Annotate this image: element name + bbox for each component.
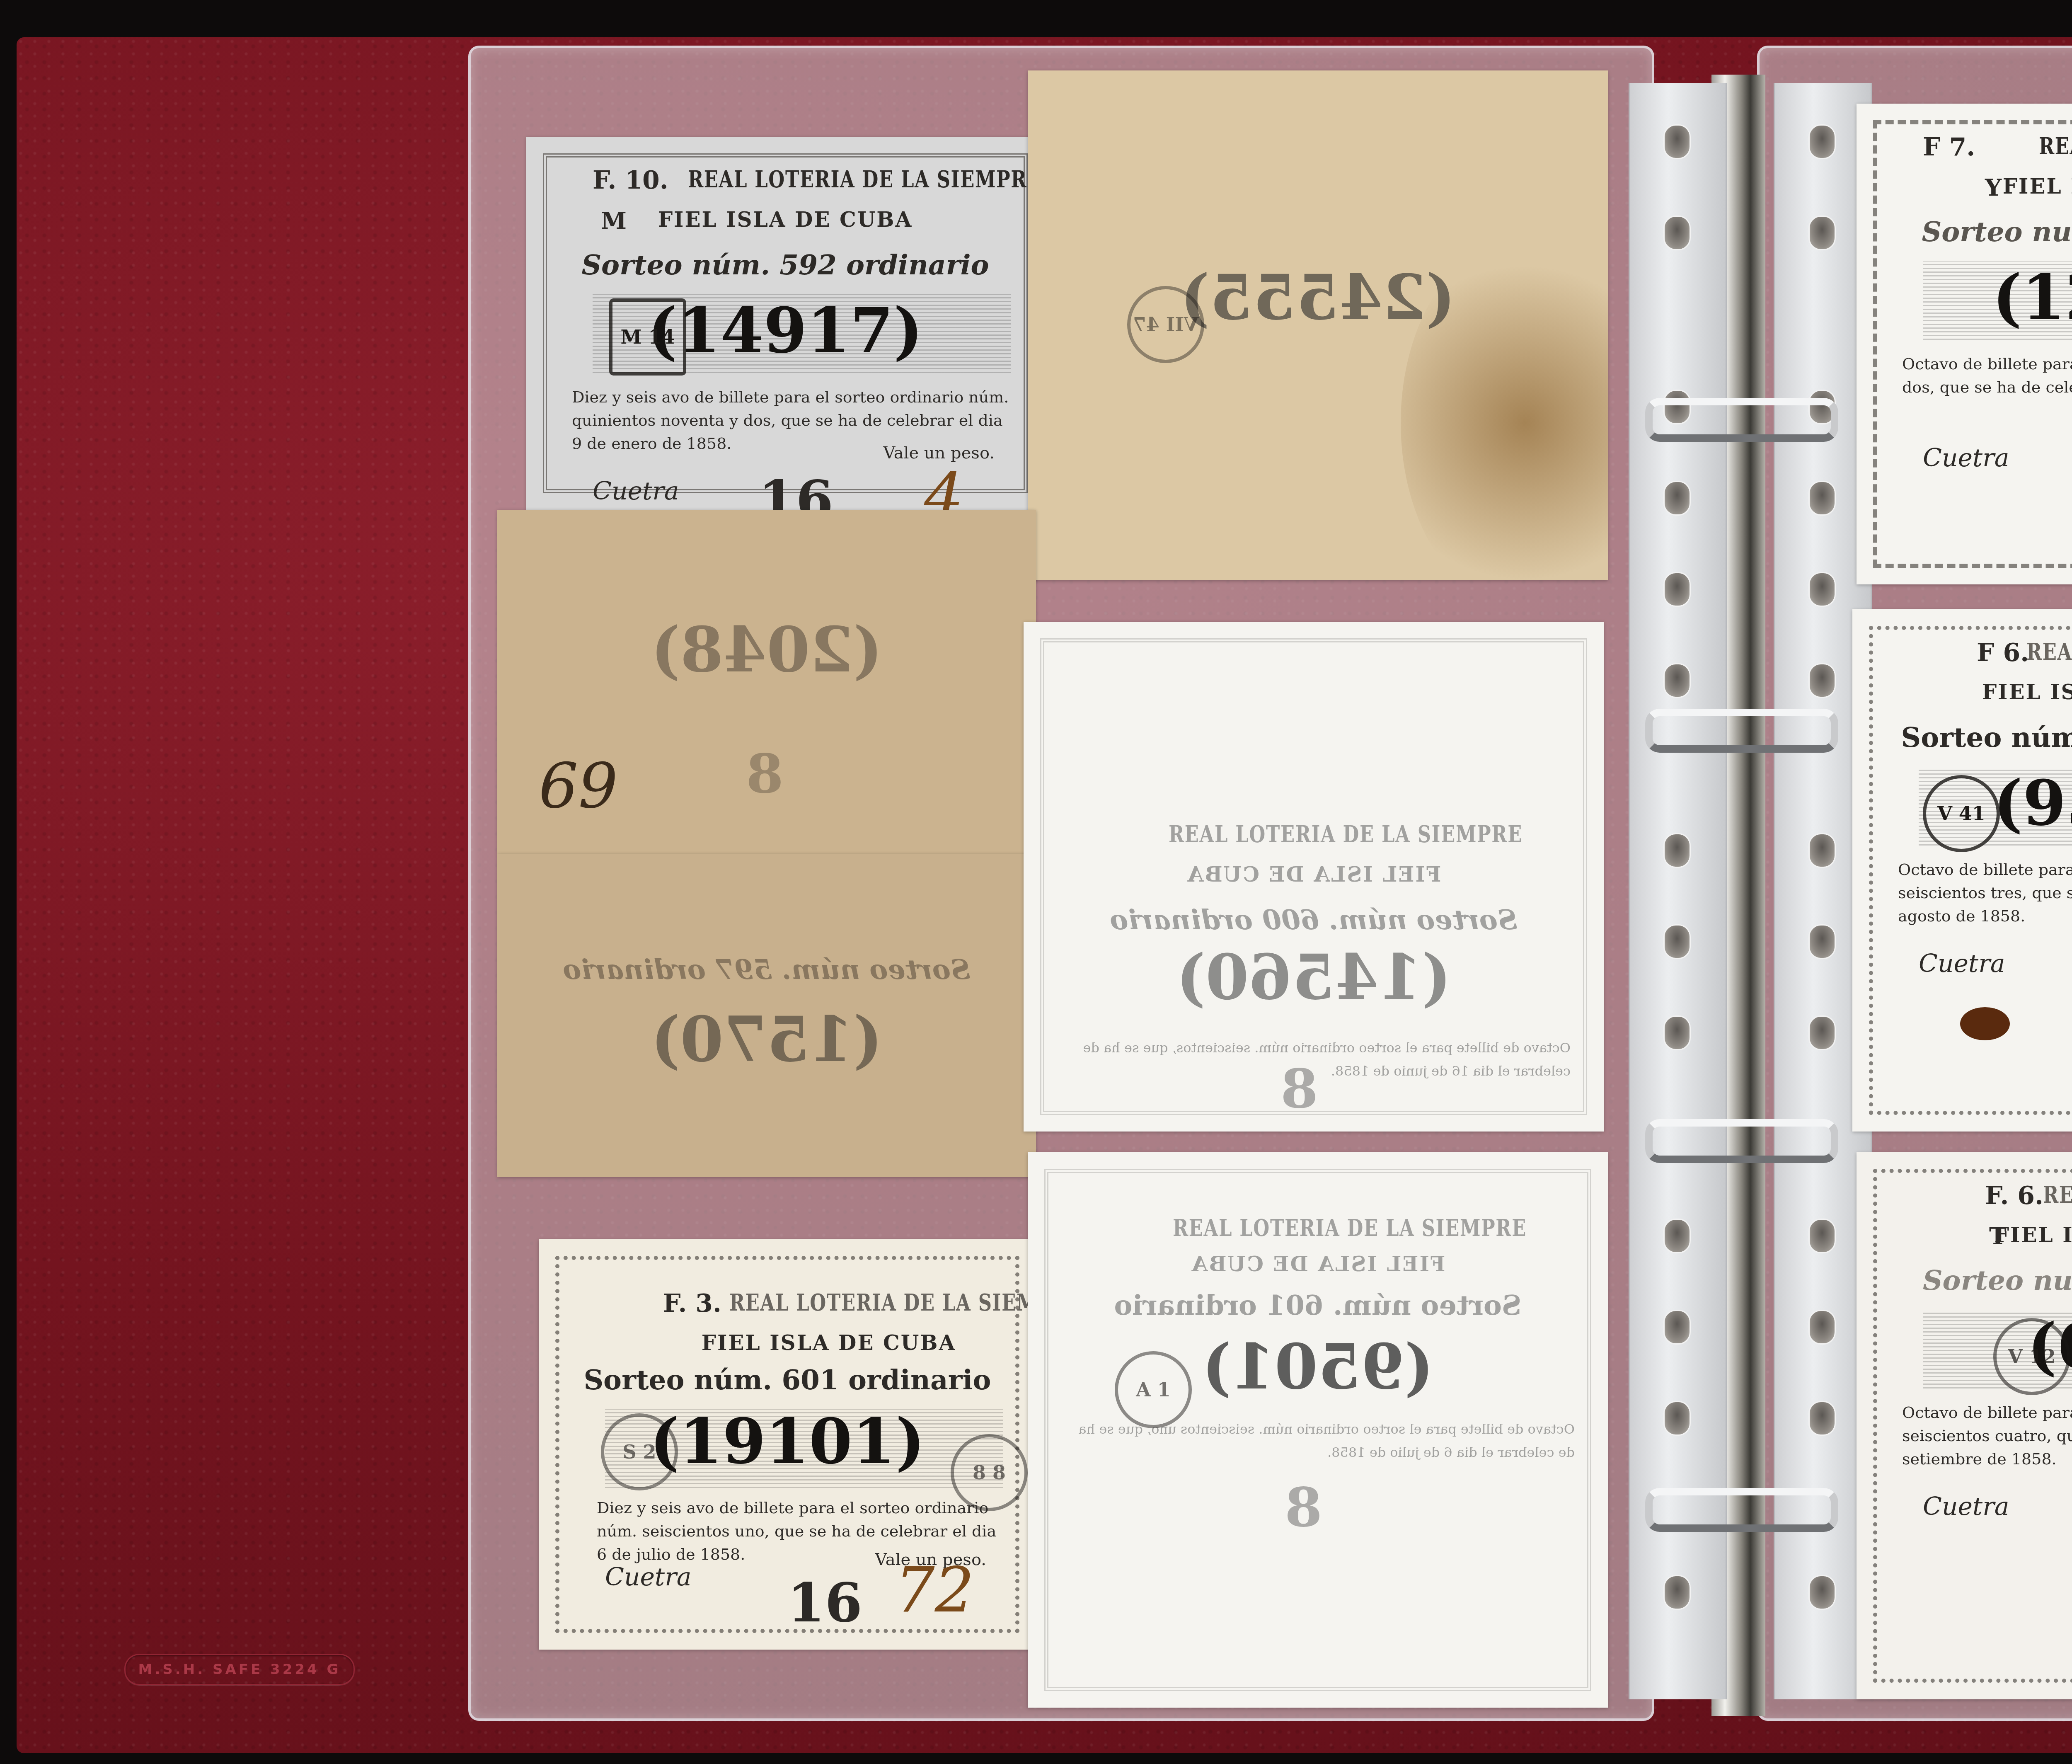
ticket-header: REAL LOTERIA DE LA SIEMPRE bbox=[2026, 638, 2072, 666]
fraction-number: 8 bbox=[746, 742, 783, 805]
handwritten-mark: 69 bbox=[539, 750, 618, 822]
ink-stain bbox=[1960, 1007, 2010, 1040]
ticket-subheader: FIEL ISLA DE CUBA bbox=[1857, 174, 2072, 199]
stamp-left: V 41 bbox=[1923, 775, 2000, 852]
fraction-number: 8 bbox=[1280, 1057, 1318, 1120]
punch-hole bbox=[1663, 572, 1691, 607]
ticket-sorteo: Sorteo num. 602 ordinario. bbox=[1857, 216, 2072, 248]
signature: Cuetra bbox=[1923, 443, 2009, 472]
ticket-series: F. 6. bbox=[1985, 1181, 2043, 1210]
lottery-ticket-19101: F. 3. REAL LOTERIA DE LA SIEMPRE FIEL IS… bbox=[539, 1239, 1036, 1650]
ticket-sorteo: Sorteo núm. 603 ordinario. bbox=[1852, 721, 2072, 754]
signature: Cuetra bbox=[1923, 1492, 2009, 1521]
punch-hole bbox=[1808, 572, 1836, 607]
ticket-body-text: Octavo de billete para el sorteo ordinar… bbox=[1902, 1401, 2072, 1471]
punch-hole bbox=[1663, 833, 1691, 868]
ticket-header: REAL LOTERIA DE LA SIEMPRE bbox=[1173, 1214, 1537, 1242]
handwritten-mark: 4 bbox=[924, 460, 963, 510]
lottery-ticket-12032: F 7. REAL LOTERIA DE LA SIEMPRE Y FIEL I… bbox=[1857, 104, 2072, 584]
punch-hole bbox=[1808, 1575, 1836, 1610]
ticket-body-text: Octavo de billete para el sorteo ordinar… bbox=[1073, 1417, 1575, 1464]
punch-hole bbox=[1808, 1219, 1836, 1253]
binder-ring[interactable] bbox=[1645, 1488, 1838, 1532]
lottery-ticket-678: F. 6. REAL LOTERIA DE LA SIEMPRE T FIEL … bbox=[1857, 1152, 2072, 1699]
ticket-number: (14917) bbox=[526, 294, 1044, 367]
punch-hole bbox=[1808, 924, 1836, 959]
punch-hole bbox=[1663, 124, 1691, 159]
lottery-ticket-9501-reverse: REAL LOTERIA DE LA SIEMPRE FIEL ISLA DE … bbox=[1028, 1152, 1608, 1708]
lottery-ticket-2048-reverse: (2048) 8 69 bbox=[497, 510, 1036, 854]
lottery-ticket-9552: F 6. REAL LOTERIA DE LA SIEMPRE J FIEL I… bbox=[1852, 609, 2072, 1132]
ticket-number: (1570) bbox=[497, 1003, 1036, 1076]
ticket-sorteo: Sorteo núm. 601 ordinario bbox=[1028, 1289, 1608, 1321]
ticket-subheader: FIEL ISLA DE CUBA bbox=[1028, 1252, 1608, 1276]
ticket-header: REAL LOTERIA DE LA SIEMPRE bbox=[1169, 821, 1533, 848]
ticket-number: (12032) bbox=[1857, 261, 2072, 334]
ticket-body-text: Octavo de billete para el sorteo ordinar… bbox=[1069, 1036, 1571, 1083]
ticket-subheader: FIEL ISLA DE CUBA bbox=[526, 207, 1044, 232]
ticket-sorteo: Sorteo núm. 597 ordinario bbox=[497, 953, 1036, 986]
punch-hole bbox=[1808, 1401, 1836, 1436]
ticket-sorteo: Sorteo num 604 ordinario bbox=[1857, 1264, 2072, 1296]
ticket-body-text: Octavo de billete para el sorteo ordinar… bbox=[1898, 858, 2072, 928]
fraction-number: 8 bbox=[1285, 1476, 1322, 1539]
ticket-number: (24555) bbox=[1028, 261, 1608, 334]
binder-ring[interactable] bbox=[1645, 398, 1838, 442]
binder-ring[interactable] bbox=[1645, 1119, 1838, 1163]
stamp-left: S 2 bbox=[601, 1413, 678, 1490]
ticket-series: F 7. bbox=[1923, 133, 1975, 162]
ticket-header: REAL LOTERIA DE LA SIEMPRE bbox=[688, 166, 953, 193]
ticket-sorteo: Sorteo núm. 592 ordinario bbox=[526, 249, 1044, 281]
binder-ring[interactable] bbox=[1645, 709, 1838, 753]
punch-hole bbox=[1808, 1015, 1836, 1050]
ticket-subheader: FIEL ISLA DE CUBA bbox=[1857, 1223, 2072, 1247]
punch-hole bbox=[1808, 481, 1836, 516]
fraction-number: 16 bbox=[787, 1571, 862, 1634]
punch-hole bbox=[1663, 1015, 1691, 1050]
left-punched-strip bbox=[1629, 83, 1727, 1699]
ticket-header: REAL LOTERIA DE LA SIEMPRE bbox=[2039, 133, 2072, 160]
punch-hole bbox=[1663, 216, 1691, 250]
signature: Cuetra bbox=[593, 477, 679, 506]
lottery-ticket-24555-reverse: (24555) VII 47 bbox=[1028, 70, 1608, 580]
ticket-number: (2048) bbox=[497, 613, 1036, 686]
ticket-number: (14560) bbox=[1024, 941, 1604, 1014]
punch-hole bbox=[1663, 1310, 1691, 1345]
stamp: A 1 bbox=[1115, 1351, 1192, 1428]
punch-hole bbox=[1808, 833, 1836, 868]
ticket-sorteo: Sorteo núm. 601 ordinario bbox=[539, 1364, 1036, 1396]
ticket-series: F 6. bbox=[1977, 638, 2029, 667]
lottery-ticket-14560-reverse: REAL LOTERIA DE LA SIEMPRE FIEL ISLA DE … bbox=[1024, 622, 1604, 1132]
ticket-header: REAL LOTERIA DE LA SIEMPRE bbox=[2043, 1181, 2072, 1209]
punch-hole bbox=[1663, 481, 1691, 516]
punch-hole bbox=[1663, 924, 1691, 959]
ticket-header: REAL LOTERIA DE LA SIEMPRE bbox=[729, 1289, 955, 1316]
punch-hole bbox=[1808, 124, 1836, 159]
punch-hole bbox=[1808, 1310, 1836, 1345]
signature: Cuetra bbox=[605, 1563, 692, 1592]
punch-hole bbox=[1808, 216, 1836, 250]
cover-emboss-logo: M.S.H. SAFE 3224 G bbox=[124, 1654, 355, 1685]
ticket-subheader: FIEL ISLA DE CUBA bbox=[622, 1330, 1036, 1355]
punch-hole bbox=[1663, 1401, 1691, 1436]
lottery-ticket-14917: F. 10. REAL LOTERIA DE LA SIEMPRE M FIEL… bbox=[526, 137, 1044, 510]
punch-hole bbox=[1808, 663, 1836, 698]
punch-hole bbox=[1663, 1219, 1691, 1253]
stamp-left: V 12 bbox=[1993, 1318, 2070, 1395]
handwritten-mark: 72 bbox=[895, 1554, 974, 1626]
punch-hole bbox=[1663, 663, 1691, 698]
stamp: VII 47 bbox=[1127, 286, 1204, 363]
ticket-series: F. 3. bbox=[663, 1289, 721, 1318]
fraction-number: 16 bbox=[758, 468, 833, 510]
ticket-subheader: FIEL ISLA DE CUBA bbox=[1024, 862, 1604, 887]
punch-hole bbox=[1663, 1575, 1691, 1610]
signature: Cuetra bbox=[1919, 949, 2005, 978]
ticket-series: F. 10. bbox=[593, 166, 668, 195]
stamp-left: M 14 bbox=[609, 298, 686, 376]
ticket-subheader: FIEL ISLA DE CUBA bbox=[1852, 680, 2072, 704]
ticket-body-text: Octavo de billete para el sorteo ordinar… bbox=[1902, 352, 2072, 399]
lottery-ticket-1570-reverse: Sorteo núm. 597 ordinario (1570) bbox=[497, 854, 1036, 1177]
ticket-sorteo: Sorteo núm. 600 ordinario bbox=[1024, 904, 1604, 936]
